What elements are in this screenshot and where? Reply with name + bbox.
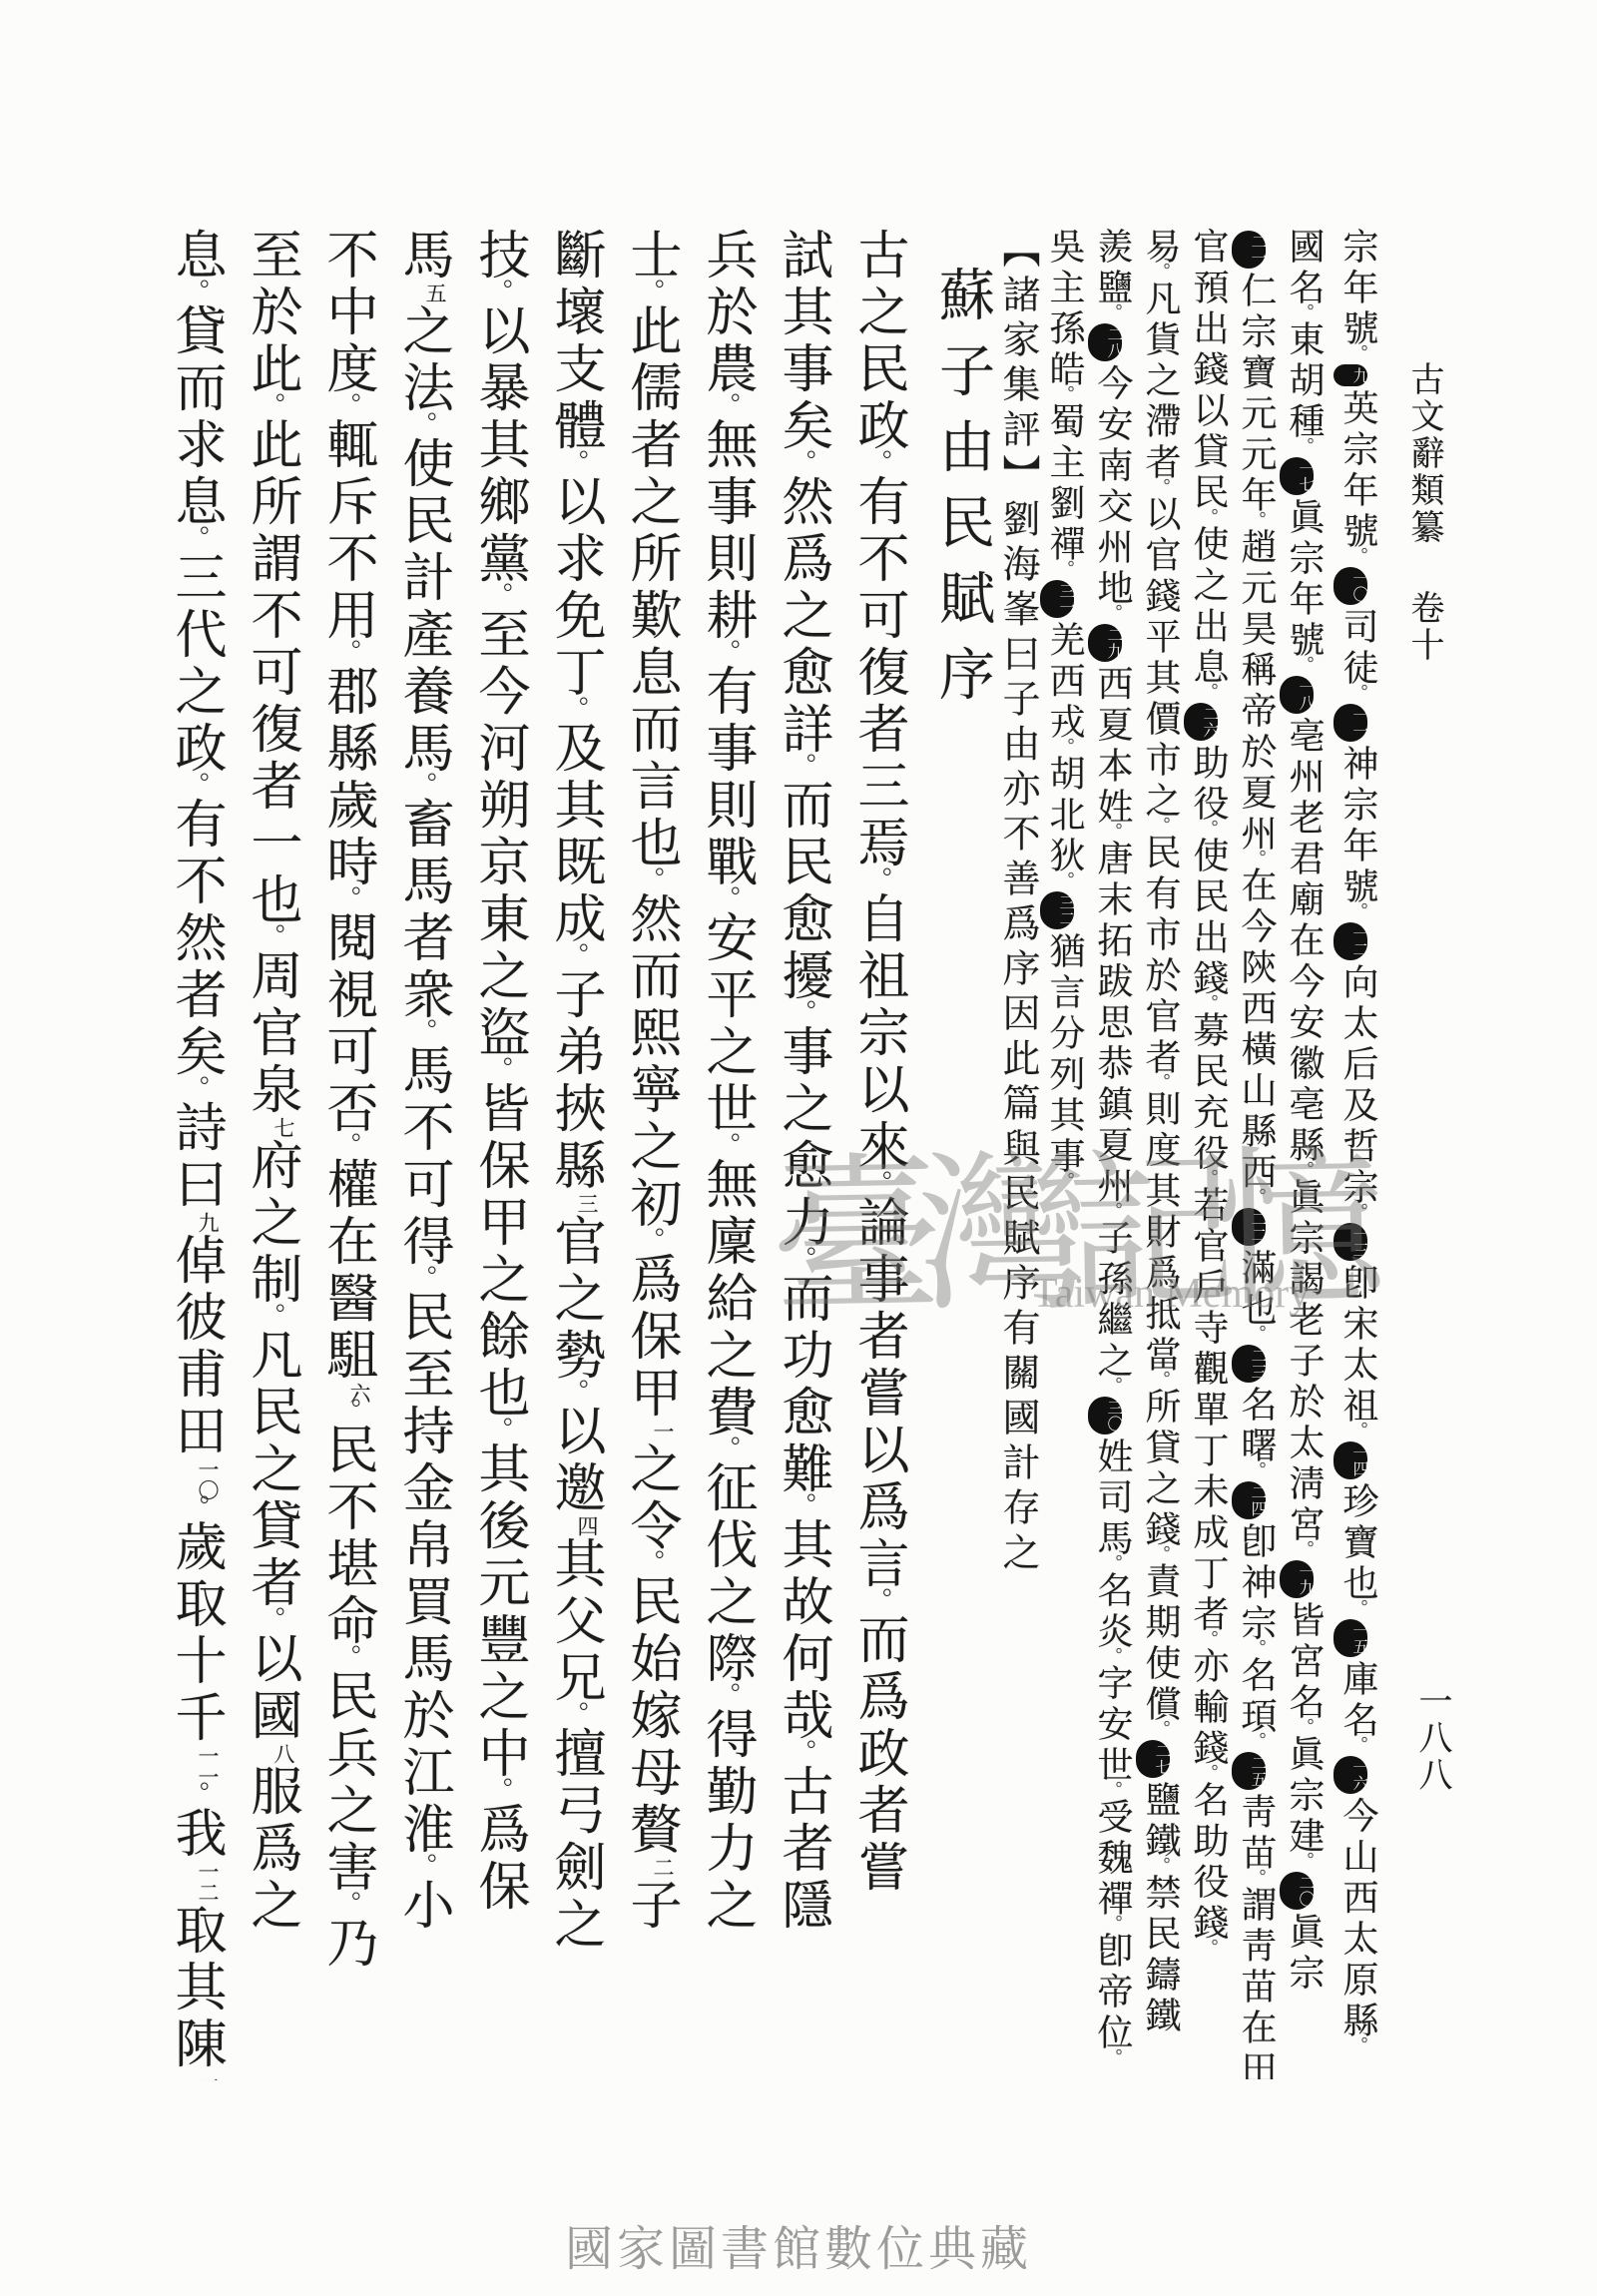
punctuation-circle: 。 xyxy=(1199,1630,1219,1648)
punctuation-circle: 。 xyxy=(408,411,437,437)
punctuation-circle: 。 xyxy=(1151,1073,1171,1091)
punctuation-circle: 。 xyxy=(484,582,513,608)
punctuation-circle: 。 xyxy=(560,1379,589,1405)
main-text-column: 息。貸而求息。三代之政。有不然者矣。詩曰九倬彼甫田一〇。歲取十千一一。我一二取其… xyxy=(158,228,233,2080)
punctuation-circle: 。 xyxy=(788,449,816,475)
punctuation-circle: 。 xyxy=(1199,1764,1219,1782)
punctuation-circle: 。 xyxy=(1151,1545,1171,1563)
note-number-badge: 一〇 xyxy=(1333,567,1367,605)
punctuation-circle: 。 xyxy=(1103,604,1123,622)
work-title: 古文辭類纂 xyxy=(1405,361,1442,546)
punctuation-circle: 。 xyxy=(484,1417,513,1442)
note-marker: 六 xyxy=(348,1383,370,1404)
note-marker: 九 xyxy=(197,1212,219,1233)
punctuation-circle: 。 xyxy=(1348,902,1368,920)
punctuation-circle: 。 xyxy=(408,1265,437,1291)
note-number-badge: 二〇 xyxy=(1280,1872,1314,1910)
punctuation-circle: 。 xyxy=(788,1492,816,1518)
punctuation-circle: 。 xyxy=(1055,738,1075,756)
punctuation-circle: 。 xyxy=(1295,303,1315,321)
punctuation-circle: 。 xyxy=(1199,508,1219,526)
punctuation-circle: 。 xyxy=(1348,1736,1368,1754)
punctuation-circle: 。 xyxy=(484,1777,513,1803)
punctuation-circle: 。 xyxy=(863,449,892,475)
note-number-badge: 二九 xyxy=(1088,624,1122,662)
punctuation-circle: 。 xyxy=(1055,560,1075,578)
punctuation-circle: 。 xyxy=(1055,385,1075,403)
punctuation-circle: 。 xyxy=(1199,1939,1219,1957)
punctuation-circle: 。 xyxy=(788,1739,816,1765)
note-marker: 一二 xyxy=(197,1861,219,1903)
punctuation-circle: 。 xyxy=(1103,1647,1123,1665)
main-text-column: 斷壞支體。以求免丁。及其既成。子弟挾縣三官之勢。以邀四其父兄。擅弓劍之 xyxy=(537,228,612,2080)
note-number-badge: 二七 xyxy=(1136,1740,1170,1778)
punctuation-circle: 。 xyxy=(181,1075,210,1101)
volume-label: 卷十 xyxy=(1405,590,1442,664)
punctuation-circle: 。 xyxy=(1151,1371,1171,1389)
punctuation-circle: 。 xyxy=(332,392,361,418)
main-text-column: 技。以暴其鄉黨。至今河朔京東之盜。皆保甲之餘也。其後元豐之中。爲保 xyxy=(461,228,536,2080)
punctuation-circle: 。 xyxy=(181,279,210,304)
punctuation-circle: 。 xyxy=(1295,1852,1315,1870)
punctuation-circle: 。 xyxy=(332,639,361,665)
note-number-badge: 一九 xyxy=(1280,1560,1314,1598)
punctuation-circle: 。 xyxy=(1055,871,1075,889)
punctuation-circle: 。 xyxy=(712,1132,741,1158)
note-number-badge: 九 xyxy=(1333,364,1367,386)
note-number-badge: 三二 xyxy=(1040,891,1074,929)
note-marker: 四 xyxy=(576,1515,598,1536)
punctuation-circle: 。 xyxy=(1199,820,1219,838)
punctuation-circle: 。 xyxy=(332,885,361,911)
punctuation-circle: 。 xyxy=(1247,511,1267,529)
punctuation-circle: 。 xyxy=(636,1227,665,1253)
page-number: 一八八 xyxy=(1407,1683,1456,1843)
punctuation-circle: 。 xyxy=(1103,303,1123,321)
footer-text: 國家圖書館數位典藏 xyxy=(565,2210,1032,2279)
note-number-badge: 一六 xyxy=(1333,1756,1367,1794)
punctuation-circle: 。 xyxy=(1348,2036,1368,2054)
note-number-badge: 一二 xyxy=(1333,922,1367,960)
note-marker: 一一 xyxy=(197,1745,219,1787)
essay-title: 蘇子由民賦序 xyxy=(922,266,1002,825)
punctuation-circle: 。 xyxy=(1199,683,1219,701)
punctuation-circle: 。 xyxy=(1103,1554,1123,1572)
note-number-badge: 一五 xyxy=(1333,1619,1367,1657)
note-marker: 八 xyxy=(272,1743,294,1764)
punctuation-circle: 。 xyxy=(636,1549,665,1575)
punctuation-circle: 。 xyxy=(1295,1718,1315,1736)
note-number-badge: 二一 xyxy=(1232,231,1266,269)
punctuation-circle: 。 xyxy=(1103,1915,1123,1933)
punctuation-circle: 。 xyxy=(181,772,210,798)
note-number-badge: 二六 xyxy=(1184,703,1218,741)
punctuation-circle: 。 xyxy=(484,1056,513,1082)
punctuation-circle: 。 xyxy=(636,866,665,892)
punctuation-circle: 。 xyxy=(1151,817,1171,835)
punctuation-circle: 。 xyxy=(257,392,285,418)
punctuation-circle: 。 xyxy=(408,1853,437,1879)
punctuation-circle: 。 xyxy=(1199,994,1219,1012)
punctuation-circle: 。 xyxy=(1151,1857,1171,1875)
punctuation-circle: 。 xyxy=(1348,684,1368,702)
note-marker: 一三 xyxy=(197,2071,219,2080)
punctuation-circle: 。 xyxy=(712,392,741,418)
punctuation-circle: 。 xyxy=(1103,823,1123,841)
punctuation-circle: 。 xyxy=(1348,1599,1368,1617)
punctuation-circle: 。 xyxy=(332,1132,361,1158)
punctuation-circle: 。 xyxy=(1247,1639,1267,1657)
punctuation-circle: 。 xyxy=(1295,1540,1315,1558)
punctuation-circle: 。 xyxy=(863,866,892,892)
note-number-badge: 一七 xyxy=(1280,457,1314,495)
punctuation-circle: 。 xyxy=(1295,656,1315,674)
punctuation-circle: 。 xyxy=(257,1606,285,1632)
note-number-badge: 二四 xyxy=(1232,1481,1266,1519)
punctuation-circle: 。 xyxy=(181,525,210,551)
note-number-badge: 一四 xyxy=(1333,1441,1367,1479)
punctuation-circle: 。 xyxy=(560,942,589,968)
punctuation-circle: 。 xyxy=(636,279,665,304)
punctuation-circle: 。 xyxy=(788,753,816,779)
punctuation-circle: 。 xyxy=(257,1303,285,1329)
punctuation-circle: 。 xyxy=(1348,344,1368,362)
note-marker: 一 xyxy=(652,1421,674,1441)
punctuation-circle: 。 xyxy=(1247,1461,1267,1479)
note-number-badge: 二三 xyxy=(1232,1345,1266,1383)
punctuation-circle: 。 xyxy=(712,885,741,911)
main-text-column: 至於此。此所謂不可復者一也。周官泉七府之制。凡民之貸者。以國八服爲之 xyxy=(234,228,308,2080)
punctuation-circle: 。 xyxy=(1295,437,1315,455)
punctuation-circle: 。 xyxy=(332,1891,361,1917)
main-text-column: 馬五之法。使民計產養馬。畜馬者衆。馬不可得。民至持金帛買馬於江淮。小 xyxy=(385,228,460,2080)
punctuation-circle: 。 xyxy=(1103,1781,1123,1799)
note-marker: 一〇 xyxy=(197,1458,219,1500)
note-number-badge: 三一 xyxy=(1040,580,1074,618)
punctuation-circle: 。 xyxy=(712,639,741,665)
note-marker: 二 xyxy=(652,1857,674,1878)
punctuation-circle: 。 xyxy=(408,1018,437,1044)
main-text-column: 士。此儒者之所歎息而言也。然而熙寧之初。爲保甲一之令。民始嫁母贅二子 xyxy=(613,228,688,2080)
note-marker: 五 xyxy=(424,283,446,303)
note-number-badge: 二八 xyxy=(1088,323,1122,361)
punctuation-circle: 。 xyxy=(332,1644,361,1670)
scanned-book-page: 古文辭類纂卷十 一八八 宗年號。九英宗年號。一〇司徒。一一神宗年號。一二向太后及… xyxy=(0,0,1597,2296)
punctuation-circle: 。 xyxy=(788,999,816,1025)
running-head: 古文辭類纂卷十 xyxy=(1399,361,1448,781)
punctuation-circle: 。 xyxy=(1348,1422,1368,1439)
note-number-badge: 三〇 xyxy=(1088,1397,1122,1435)
note-number-badge: 一八 xyxy=(1280,676,1314,714)
note-marker: 七 xyxy=(272,1117,294,1138)
punctuation-circle: 。 xyxy=(712,1682,741,1708)
punctuation-circle: 。 xyxy=(1103,2048,1123,2066)
punctuation-circle: 。 xyxy=(257,923,285,949)
punctuation-circle: 。 xyxy=(1247,850,1267,867)
punctuation-circle: 。 xyxy=(1151,263,1171,281)
punctuation-circle: 。 xyxy=(560,696,589,722)
punctuation-circle: 。 xyxy=(1247,1732,1267,1750)
punctuation-circle: 。 xyxy=(560,1701,589,1727)
main-text-column: 兵於農。無事則耕。有事則戰。安平之世。無廩給之費。征伐之際。得勤力之 xyxy=(689,228,764,2080)
punctuation-circle: 。 xyxy=(560,449,589,475)
note-number-badge: 一一 xyxy=(1333,704,1367,742)
punctuation-circle: 。 xyxy=(863,1587,892,1613)
punctuation-circle: 。 xyxy=(1103,1377,1123,1395)
note-number-badge: 二五 xyxy=(1232,1752,1266,1790)
punctuation-circle: 。 xyxy=(1247,1869,1267,1887)
punctuation-circle: 。 xyxy=(1151,1720,1171,1738)
note-marker: 三 xyxy=(576,1193,598,1214)
punctuation-circle: 。 xyxy=(408,772,437,798)
watermark-latin-text: Taiwan Memory xyxy=(1032,1270,1310,1318)
punctuation-circle: 。 xyxy=(1151,478,1171,496)
punctuation-circle: 。 xyxy=(712,1435,741,1461)
punctuation-circle: 。 xyxy=(484,279,513,304)
punctuation-circle: 。 xyxy=(1348,547,1368,565)
main-text-column: 不中度。輒斥不用。郡縣歲時。閱視可否。權在醫駔六。民不堪命。民兵之害。乃 xyxy=(309,228,384,2080)
